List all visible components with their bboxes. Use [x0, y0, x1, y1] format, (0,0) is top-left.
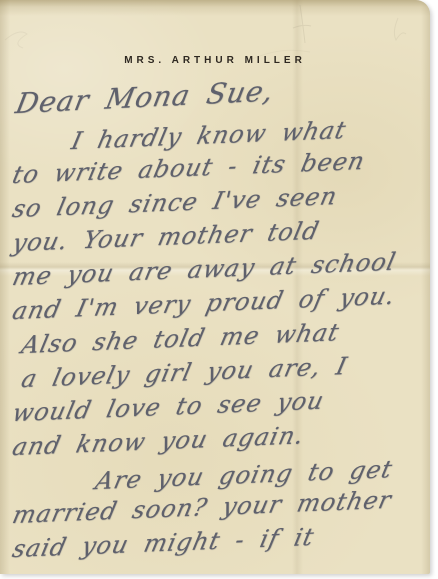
letter-paper: MRS. ARTHUR MILLER Dear Mona Sue, I hard…: [0, 0, 430, 574]
scanned-letter: MRS. ARTHUR MILLER Dear Mona Sue, I hard…: [0, 0, 438, 579]
letter-body: Dear Mona Sue, I hardly know what to wri…: [0, 84, 424, 566]
letterhead-text: MRS. ARTHUR MILLER: [0, 55, 430, 66]
